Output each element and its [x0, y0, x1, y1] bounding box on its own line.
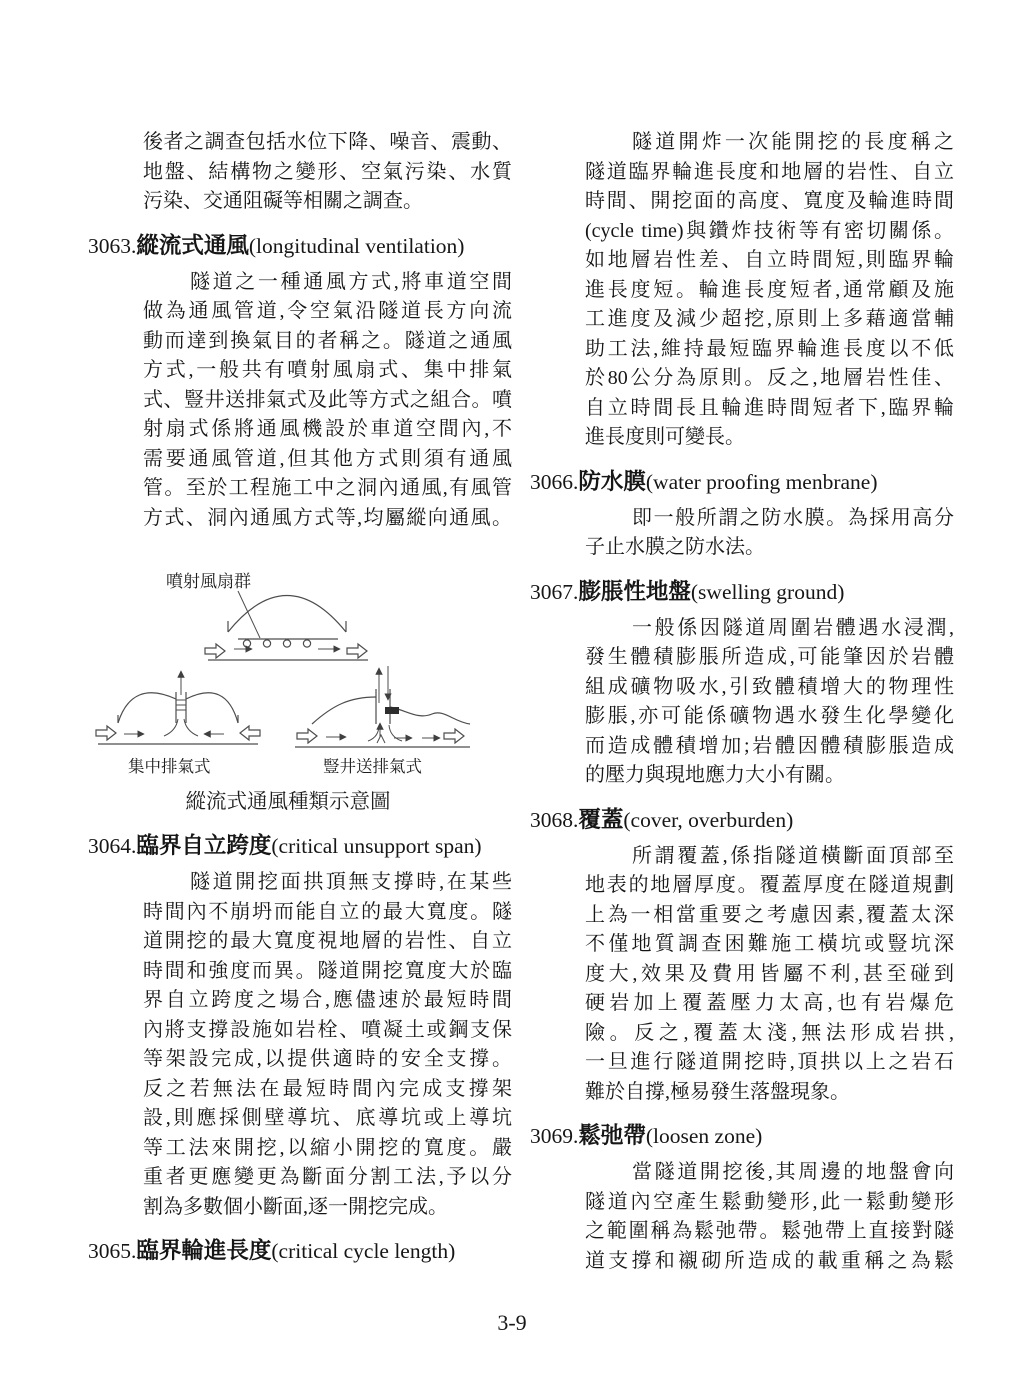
- paragraph: 所謂覆蓋,係指隧道橫斷面頂部至地表的地層厚度。覆蓋厚度在隧道規劃上為一相當重要之…: [585, 842, 954, 1108]
- text-line: 需要通風管道,但其他方式則須有通風: [143, 445, 512, 475]
- text-line: 地盤、結構物之變形、空氣污染、水質: [143, 158, 512, 188]
- text-line: 道支撐和襯砌所造成的載重稱之為鬆: [585, 1247, 954, 1277]
- paragraph: 即一般所謂之防水膜。為採用高分子止水膜之防水法。: [585, 504, 954, 563]
- text-line: 一旦進行隧道開挖時,頂拱以上之岩石: [585, 1048, 954, 1078]
- text-line: 而造成體積增加;岩體因體積膨脹造成: [585, 732, 954, 762]
- text-line: 時間內不崩坍而能自立的最大寬度。隧: [143, 898, 512, 928]
- term-english: (critical cycle length): [271, 1239, 455, 1263]
- term-name: 鬆弛帶: [578, 1123, 646, 1148]
- term-number: 3065.: [88, 1239, 136, 1263]
- text-line: 不僅地質調查困難施工橫坑或豎坑深: [585, 930, 954, 960]
- term-english: (critical unsupport span): [271, 834, 481, 858]
- text-line: 等工法來開挖,以縮小開挖的寬度。嚴: [143, 1134, 512, 1164]
- glossary-term-heading: 3069.鬆弛帶(loosen zone): [530, 1121, 954, 1151]
- concentrated-exhaust-diagram: 集中排氣式: [96, 671, 260, 776]
- text-line: 做為通風管道,令空氣沿隧道長方向流: [143, 297, 512, 327]
- term-name: 臨界輪進長度: [136, 1238, 271, 1263]
- term-english: (loosen zone): [646, 1124, 762, 1148]
- text-line: 管。至於工程施工中之洞內通風,有風管: [143, 474, 512, 504]
- text-line: 重者更應變更為斷面分割工法,予以分: [143, 1163, 512, 1193]
- portal-arrow-icon: [297, 729, 317, 743]
- text-line: 地表的地層厚度。覆蓋厚度在隧道規劃: [585, 871, 954, 901]
- jet-fan-icon: [283, 640, 290, 647]
- right-column: 隧道開炸一次能開挖的長度稱之隧道臨界輪進長度和地層的岩性、自立時間、開挖面的高度…: [530, 128, 954, 1276]
- text-line: 工進度及減少超挖,原則上多藉適當輔: [585, 305, 954, 335]
- text-line: 方式、洞內通風方式等,均屬縱向通風。: [143, 504, 512, 534]
- text-line: 設,則應採側壁導坑、底導坑或上導坑: [143, 1104, 512, 1134]
- text-line: 膨脹,亦可能係礦物遇水發生化學變化: [585, 702, 954, 732]
- term-name: 膨脹性地盤: [578, 579, 691, 604]
- text-line: 進長度短。輪進長度短者,通常顧及施: [585, 276, 954, 306]
- text-line: 污染、交通阻礙等相關之調查。: [143, 187, 512, 217]
- suction-curve: [389, 725, 402, 741]
- term-english: (water proofing menbrane): [646, 470, 878, 494]
- text-line: 一般係因隧道周圍岩體遇水浸潤,: [585, 614, 954, 644]
- ventilation-types-figure: 噴射風扇群: [88, 559, 510, 817]
- text-line: 等架設完成,以提供適時的安全支撐。: [143, 1045, 512, 1075]
- jet-fan-group-label: 噴射風扇群: [166, 572, 251, 591]
- label-leader-line: [238, 591, 260, 638]
- text-line: 硬岩加上覆蓋壓力太高,也有岩爆危: [585, 989, 954, 1019]
- text-line: 道開挖的最大寬度視地層的岩性、自立: [143, 927, 512, 957]
- portal-arrow-icon: [444, 729, 464, 743]
- text-line: 進長度則可變長。: [585, 423, 954, 453]
- text-line: 後者之調查包括水位下降、噪音、震動、: [143, 128, 512, 158]
- text-line: 反之若無法在最短時間內完成支撐架: [143, 1075, 512, 1105]
- jet-fan-icon: [303, 640, 310, 647]
- flow-splitter: [377, 735, 385, 743]
- paragraph: 後者之調查包括水位下降、噪音、震動、地盤、結構物之變形、空氣污染、水質污染、交通…: [143, 128, 512, 217]
- ventilation-diagram: 噴射風扇群: [88, 559, 510, 817]
- paragraph: 隧道之一種通風方式,將車道空間做為通風管道,令空氣沿隧道長方向流動而達到換氣目的…: [143, 268, 512, 534]
- text-line: 隧道內空產生鬆動變形,此一鬆動變形: [585, 1188, 954, 1218]
- jet-fan-icon: [243, 640, 250, 647]
- text-line: 式、豎井送排氣式及此等方式之組合。噴: [143, 386, 512, 416]
- text-line: 於80公分為原則。反之,地層岩性佳、: [585, 364, 954, 394]
- text-line: 度大,效果及費用皆屬不利,甚至碰到: [585, 960, 954, 990]
- text-line: 險。反之,覆蓋太淺,無法形成岩拱,: [585, 1019, 954, 1049]
- text-line: 的壓力與現地應力大小有關。: [585, 761, 954, 791]
- figure-caption: 縱流式通風種類示意圖: [186, 790, 391, 813]
- text-line: 如地層岩性差、自立時間短,則臨界輪: [585, 246, 954, 276]
- term-number: 3066.: [530, 470, 578, 494]
- ground-dome: [228, 596, 346, 633]
- portal-arrow-icon: [240, 726, 260, 740]
- glossary-term-heading: 3068.覆蓋(cover, overburden): [530, 805, 954, 835]
- paragraph: 當隧道開挖後,其周邊的地盤會向隧道內空產生鬆動變形,此一鬆動變形之範圍稱為鬆弛帶…: [585, 1158, 954, 1276]
- shaft-supply-exhaust-diagram: 豎井送排氣式: [295, 666, 470, 776]
- text-line: 當隧道開挖後,其周邊的地盤會向: [585, 1158, 954, 1188]
- portal-arrow-icon: [205, 644, 225, 658]
- text-line: 所謂覆蓋,係指隧道橫斷面頂部至: [585, 842, 954, 872]
- jet-fan-icon: [263, 640, 270, 647]
- page-number: 3-9: [0, 1310, 1024, 1336]
- text-line: 時間和強度而異。隧道開挖寬度大於臨: [143, 957, 512, 987]
- term-name: 縱流式通風: [136, 233, 249, 258]
- concentrated-exhaust-label: 集中排氣式: [128, 757, 211, 776]
- text-line: 界自立跨度之場合,應儘速於最短時間: [143, 986, 512, 1016]
- shaft-damper: [385, 707, 399, 714]
- text-line: 之範圍稱為鬆弛帶。鬆弛帶上直接對隧: [585, 1217, 954, 1247]
- shaft-supply-exhaust-label: 豎井送排氣式: [323, 757, 422, 776]
- portal-arrow-icon: [347, 644, 367, 658]
- glossary-term-heading: 3063.縱流式通風(longitudinal ventilation): [88, 231, 512, 261]
- text-line: 發生體積膨脹所造成,可能肇因於岩體: [585, 643, 954, 673]
- term-name: 覆蓋: [578, 807, 623, 832]
- text-line: 組成礦物吸水,引致體積增大的物理性: [585, 673, 954, 703]
- text-line: 即一般所謂之防水膜。為採用高分: [585, 504, 954, 534]
- text-line: 難於自撐,極易發生落盤現象。: [585, 1078, 954, 1108]
- text-line: 射扇式係將通風機設於車道空間內,不: [143, 415, 512, 445]
- document-page: 後者之調查包括水位下降、噪音、震動、地盤、結構物之變形、空氣污染、水質污染、交通…: [0, 0, 1024, 1400]
- text-line: 上為一相當重要之考慮因素,覆蓋太深: [585, 901, 954, 931]
- term-english: (cover, overburden): [623, 808, 793, 832]
- text-line: 隧道之一種通風方式,將車道空間: [143, 268, 512, 298]
- glossary-term-heading: 3064.臨界自立跨度(critical unsupport span): [88, 831, 512, 861]
- text-line: 動而達到換氣目的者稱之。隧道之通風: [143, 327, 512, 357]
- portal-arrow-icon: [96, 726, 116, 740]
- term-name: 防水膜: [578, 469, 646, 494]
- text-line: (cycle time)與鑽炸技術等有密切關係。: [585, 217, 954, 247]
- left-column: 後者之調查包括水位下降、噪音、震動、地盤、結構物之變形、空氣污染、水質污染、交通…: [88, 128, 512, 1273]
- text-line: 自立時間長且輪進時間短者下,臨界輪: [585, 394, 954, 424]
- glossary-term-heading: 3067.膨脹性地盤(swelling ground): [530, 577, 954, 607]
- term-name: 臨界自立跨度: [136, 833, 271, 858]
- term-number: 3069.: [530, 1124, 578, 1148]
- text-line: 隧道開炸一次能開挖的長度稱之: [585, 128, 954, 158]
- text-line: 助工法,維持最短臨界輪進長度以不低: [585, 335, 954, 365]
- text-line: 內將支撐設施如岩栓、噴凝土或鋼支保: [143, 1016, 512, 1046]
- glossary-term-heading: 3065.臨界輪進長度(critical cycle length): [88, 1236, 512, 1266]
- paragraph: 一般係因隧道周圍岩體遇水浸潤,發生體積膨脹所造成,可能肇因於岩體組成礦物吸水,引…: [585, 614, 954, 791]
- term-number: 3068.: [530, 808, 578, 832]
- text-line: 時間、開挖面的高度、寬度及輪進時間: [585, 187, 954, 217]
- suction-curve: [368, 725, 379, 741]
- jet-fan-diagram: 噴射風扇群: [166, 572, 368, 660]
- paragraph: 隧道開炸一次能開挖的長度稱之隧道臨界輪進長度和地層的岩性、自立時間、開挖面的高度…: [585, 128, 954, 453]
- paragraph: 隧道開挖面拱頂無支撐時,在某些時間內不崩坍而能自立的最大寬度。隧道開挖的最大寬度…: [143, 868, 512, 1222]
- term-number: 3063.: [88, 234, 136, 258]
- text-line: 方式,一般共有噴射風扇式、集中排氣: [143, 356, 512, 386]
- text-line: 隧道臨界輪進長度和地層的岩性、自立: [585, 158, 954, 188]
- text-line: 子止水膜之防水法。: [585, 533, 954, 563]
- glossary-term-heading: 3066.防水膜(water proofing menbrane): [530, 467, 954, 497]
- term-english: (swelling ground): [691, 580, 844, 604]
- term-english: (longitudinal ventilation): [249, 234, 465, 258]
- term-number: 3067.: [530, 580, 578, 604]
- text-line: 割為多數個小斷面,逐一開挖完成。: [143, 1193, 512, 1223]
- term-number: 3064.: [88, 834, 136, 858]
- text-line: 隧道開挖面拱頂無支撐時,在某些: [143, 868, 512, 898]
